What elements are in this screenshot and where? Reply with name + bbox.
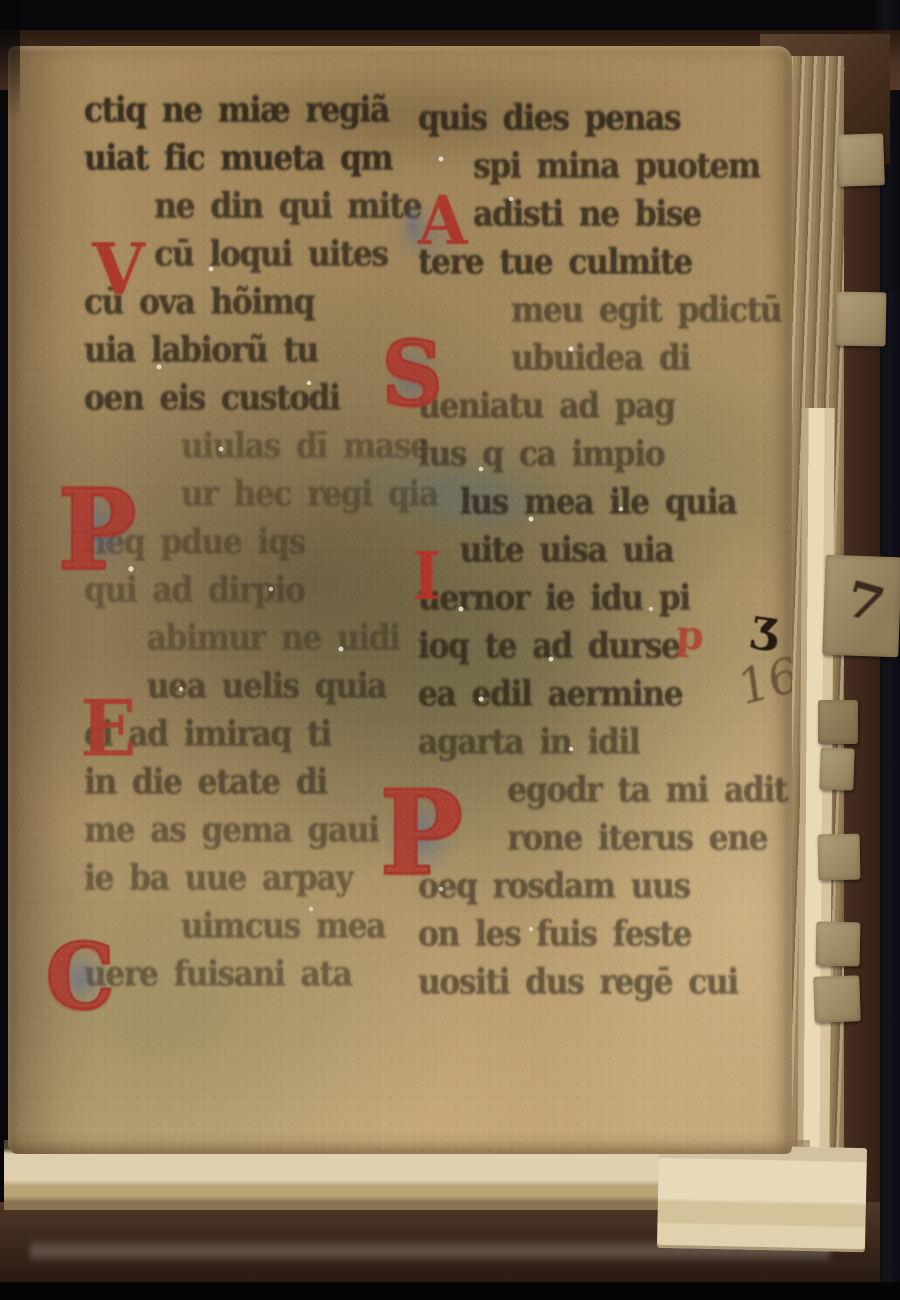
text-line: on les fuis feste bbox=[418, 909, 732, 960]
text-line: oeq rosdam uus bbox=[418, 861, 732, 912]
initial-letter: P bbox=[380, 775, 463, 891]
illuminated-initial-S: S bbox=[382, 332, 443, 416]
illuminated-initial-C: C bbox=[46, 934, 114, 1020]
text-line: uite uisa uia bbox=[418, 525, 732, 576]
background-bottom bbox=[0, 1282, 900, 1300]
fore-edge-tab[interactable] bbox=[836, 292, 887, 347]
tab-ink-mark: 7 bbox=[839, 569, 891, 635]
text-line: agarta in idil bbox=[418, 717, 732, 768]
background-object bbox=[888, 290, 900, 1300]
text-line: oen eis custodi bbox=[84, 373, 398, 424]
text-line: uia labiorũ tu bbox=[84, 325, 398, 376]
text-line: ie ba uue arpay bbox=[84, 853, 398, 904]
fore-edge-tab[interactable] bbox=[816, 922, 861, 967]
text-line: ne din qui mite bbox=[84, 181, 398, 232]
text-line: ubuidea di bbox=[418, 333, 732, 384]
text-line: ius q ca impio bbox=[418, 429, 732, 480]
text-line: uimcus mea bbox=[84, 901, 398, 952]
background-top-left bbox=[0, 0, 20, 120]
initial-letter: A bbox=[418, 188, 468, 255]
illuminated-initial-P2: P bbox=[380, 778, 463, 888]
fore-edge-tab[interactable] bbox=[818, 700, 858, 744]
text-line: abimur ne uidi bbox=[84, 613, 398, 664]
fore-edge-tab[interactable] bbox=[819, 747, 854, 790]
text-line: egodr ta mi adit bbox=[418, 765, 732, 816]
text-line: uere fuisani ata bbox=[84, 949, 398, 1000]
fore-edge-tab-inscribed[interactable]: 7 bbox=[822, 555, 900, 658]
text-line: ctiq ne miæ regiã bbox=[84, 85, 398, 136]
manuscript-photo: 7 ctiq ne miæ regiãuiat fic mueta qmne d… bbox=[0, 0, 900, 1300]
text-line: meu egit pdictū bbox=[418, 285, 732, 336]
initial-letter: E bbox=[80, 690, 136, 768]
fore-edge-tab[interactable] bbox=[837, 133, 885, 187]
illuminated-initial-I: I bbox=[412, 546, 441, 608]
text-line: ea edil aermine bbox=[418, 669, 732, 720]
illuminated-initial-A: A bbox=[418, 190, 468, 254]
fore-edge-tab[interactable] bbox=[818, 834, 861, 881]
initial-letter: C bbox=[46, 932, 114, 1022]
text-line: lus mea ile quia bbox=[418, 477, 732, 528]
illuminated-initial-V: V bbox=[92, 236, 145, 304]
parchment-page[interactable]: ctiq ne miæ regiãuiat fic mueta qmne din… bbox=[8, 46, 792, 1154]
text-line: ueniatu ad pag bbox=[418, 381, 732, 432]
text-line: uositi dus regē cui bbox=[418, 957, 732, 1008]
initial-letter: I bbox=[412, 544, 441, 609]
text-line: rone iterus ene bbox=[418, 813, 732, 864]
text-line: quis dies penas bbox=[418, 93, 732, 144]
initial-letter: S bbox=[382, 330, 443, 418]
initial-letter: P bbox=[58, 475, 136, 584]
quire-squiggle-mark: ʒ bbox=[748, 596, 781, 653]
illuminated-initial-P: P bbox=[58, 478, 136, 582]
text-line: uiat fic mueta qm bbox=[84, 133, 398, 184]
initial-letter: V bbox=[92, 234, 145, 305]
text-line: uiulas dī mase bbox=[84, 421, 398, 472]
page-corners-bottom-right bbox=[657, 1144, 867, 1252]
fore-edge-tab[interactable] bbox=[813, 975, 861, 1023]
margin-red-mark: p bbox=[674, 611, 705, 660]
illuminated-initial-E: E bbox=[80, 692, 136, 766]
text-line: me as gema gaui bbox=[84, 805, 398, 856]
